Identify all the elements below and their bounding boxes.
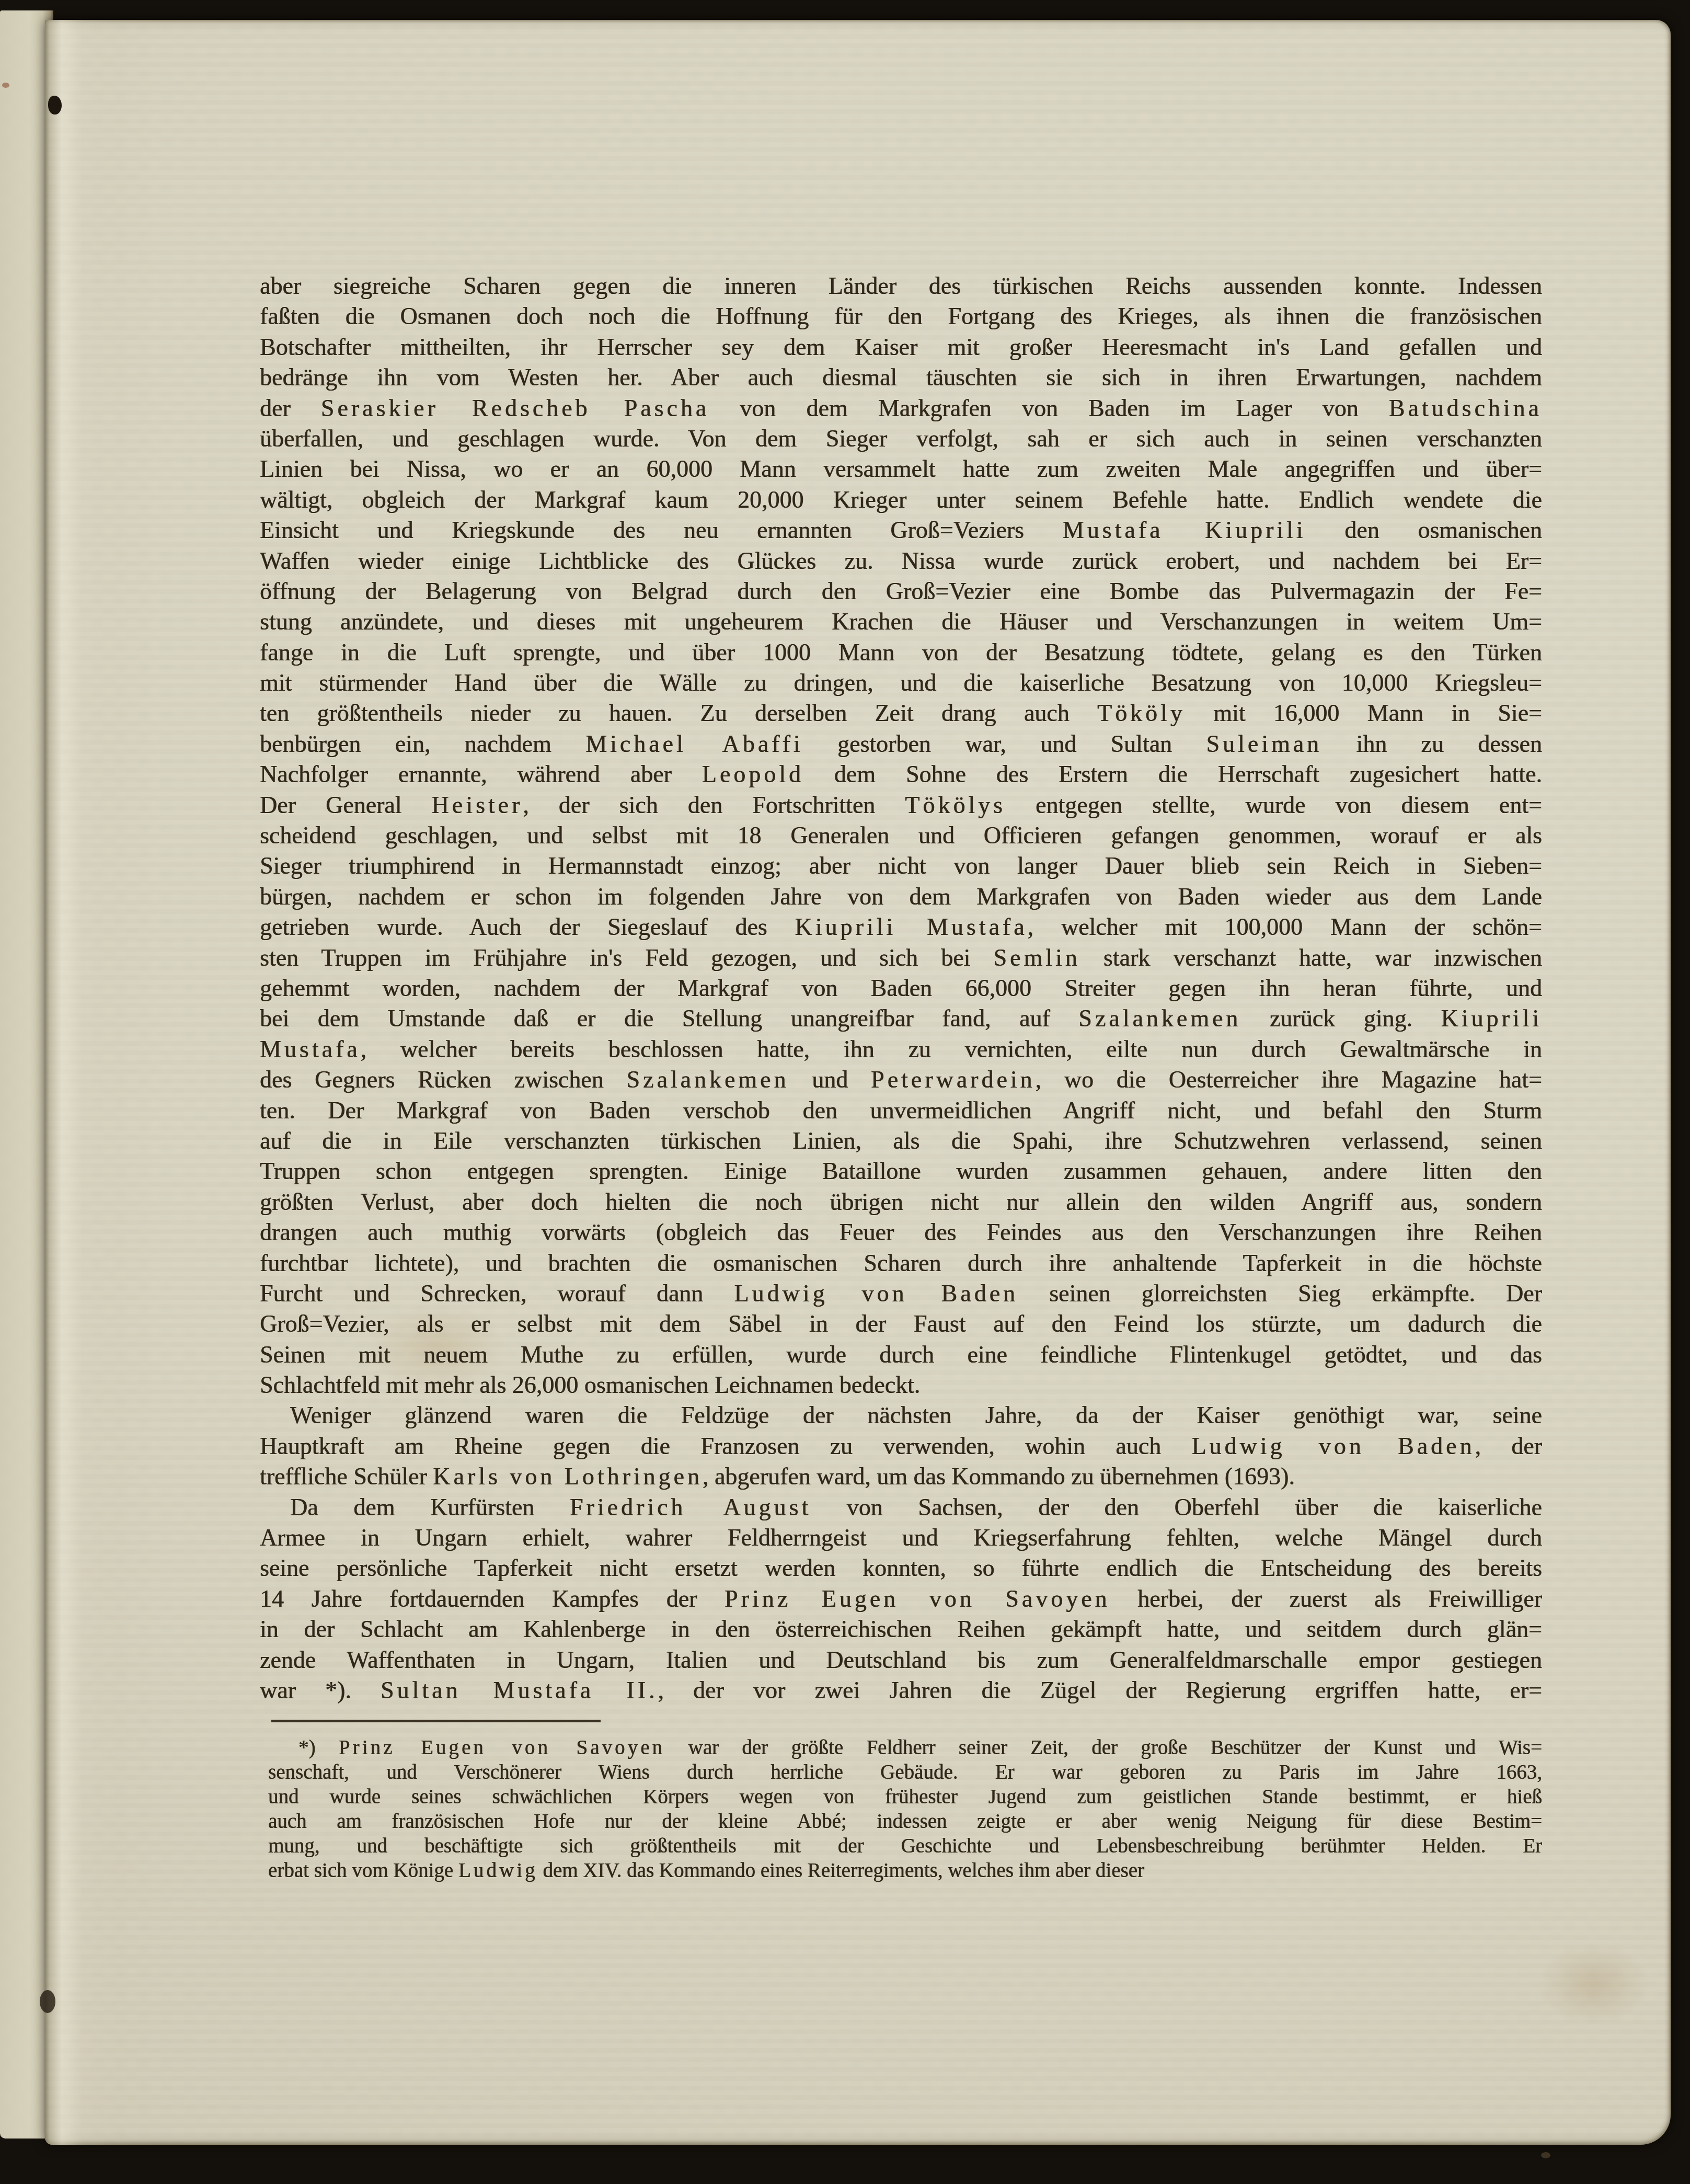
scanned-book-page-photo: aber siegreiche Scharen gegen die innere… bbox=[0, 0, 1690, 2184]
text-line: in der Schlacht am Kahlenberge in den ös… bbox=[260, 1614, 1542, 1644]
text-line: ten. Der Markgraf von Baden verschob den… bbox=[260, 1095, 1542, 1126]
text-line: treffliche Schüler Karls von Lothringen,… bbox=[260, 1461, 1542, 1492]
letterspaced-name: Heister bbox=[432, 792, 523, 818]
text-line: Linien bei Nissa, wo er an 60,000 Mann v… bbox=[260, 454, 1542, 484]
text-line: Nachfolger ernannte, während aber Leopol… bbox=[260, 759, 1542, 790]
text-line: bedränge ihn vom Westen her. Aber auch d… bbox=[260, 362, 1542, 393]
footnote-line: erbat sich vom Könige Ludwig dem XIV. da… bbox=[268, 1858, 1542, 1883]
text-line: bürgen, nachdem er schon im folgenden Ja… bbox=[260, 882, 1542, 912]
text-line: Schlachtfeld mit mehr als 26,000 osmanis… bbox=[260, 1370, 1542, 1400]
text-line: bei dem Umstande daß er die Stellung una… bbox=[260, 1003, 1542, 1034]
letterspaced-name: Ludwig von Baden bbox=[1192, 1433, 1475, 1459]
letterspaced-name: Prinz Eugen von Savoyen bbox=[725, 1585, 1110, 1612]
text-line: seine persönliche Tapferkeit nicht erset… bbox=[260, 1553, 1542, 1583]
letterspaced-name: Leopold bbox=[702, 761, 804, 787]
ink-speck bbox=[1541, 2152, 1550, 2158]
letterspaced-name: Szalankemen bbox=[626, 1066, 789, 1093]
letterspaced-name: Kiuprili bbox=[795, 913, 896, 940]
text-line: stung anzündete, und dieses mit ungeheur… bbox=[260, 607, 1542, 637]
letterspaced-name: Szalankemen bbox=[1078, 1005, 1241, 1032]
letterspaced-name: Semlin bbox=[993, 944, 1080, 971]
footnote-separator bbox=[271, 1720, 601, 1722]
text-line: Einsicht und Kriegskunde des neu ernannt… bbox=[260, 515, 1542, 545]
letterspaced-name: Tököly bbox=[905, 792, 993, 818]
text-line: Botschafter mittheilten, ihr Herrscher s… bbox=[260, 332, 1542, 362]
text-line: gehemmt worden, nachdem der Markgraf von… bbox=[260, 973, 1542, 1003]
letterspaced-name: Mustafa bbox=[260, 1036, 361, 1062]
letterspaced-name: Batudschina bbox=[1389, 395, 1542, 421]
text-line: aber siegreiche Scharen gegen die innere… bbox=[260, 271, 1542, 301]
text-line: Waffen wieder einige Lichtblicke des Glü… bbox=[260, 546, 1542, 576]
text-line: Der General Heister, der sich den Fortsc… bbox=[260, 790, 1542, 820]
text-line: faßten die Osmanen doch noch die Hoffnun… bbox=[260, 301, 1542, 331]
text-line: auf die in Eile verschanzten türkischen … bbox=[260, 1126, 1542, 1156]
text-line: scheidend geschlagen, und selbst mit 18 … bbox=[260, 820, 1542, 851]
letterspaced-name: Ludwig bbox=[1192, 1433, 1285, 1459]
gutter-shadow bbox=[45, 20, 165, 2145]
text-line: Weniger glänzend waren die Feldzüge der … bbox=[260, 1400, 1542, 1431]
letterspaced-name: Tökölys bbox=[905, 792, 1006, 818]
letterspaced-name: Karls von Lothringen bbox=[433, 1463, 703, 1490]
text-line: größten Verlust, aber doch hielten die n… bbox=[260, 1187, 1542, 1217]
text-line: benbürgen ein, nachdem Michael Abaffi ge… bbox=[260, 729, 1542, 759]
letterspaced-name: Kiuprili Mustafa bbox=[795, 913, 1028, 940]
text-line: getrieben wurde. Auch der Siegeslauf des… bbox=[260, 912, 1542, 942]
text-line: war *). Sultan Mustafa II., der vor zwei… bbox=[260, 1675, 1542, 1706]
paper-stain bbox=[1539, 1942, 1649, 2026]
footnote-line: mung, und beschäftigte sich größtentheil… bbox=[268, 1834, 1542, 1858]
text-line: der Seraskier Redscheb Pascha von dem Ma… bbox=[260, 393, 1542, 424]
text-block: aber siegreiche Scharen gegen die innere… bbox=[260, 271, 1542, 1883]
letterspaced-name: Ludwig von Baden bbox=[734, 1280, 1018, 1307]
text-line: Mustafa, welcher bereits beschlossen hat… bbox=[260, 1034, 1542, 1065]
main-text-lines: aber siegreiche Scharen gegen die innere… bbox=[260, 271, 1542, 1706]
text-line: Sieger triumphirend in Hermannstadt einz… bbox=[260, 851, 1542, 881]
letterspaced-name: Tököly bbox=[1097, 700, 1186, 726]
letterspaced-name: Mustafa bbox=[927, 913, 1028, 940]
footnote-lines: *) Prinz Eugen von Savoyen war der größt… bbox=[268, 1735, 1542, 1883]
footnote-line: auch am französischen Hofe nur der klein… bbox=[268, 1809, 1542, 1834]
footnote-line: *) Prinz Eugen von Savoyen war der größt… bbox=[268, 1735, 1542, 1760]
text-line: sten Truppen im Frühjahre in's Feld gezo… bbox=[260, 943, 1542, 973]
letterspaced-name: Mustafa bbox=[493, 1677, 594, 1703]
letterspaced-name: Mustafa bbox=[1063, 517, 1164, 543]
text-line: Furcht und Schrecken, worauf dann Ludwig… bbox=[260, 1278, 1542, 1309]
text-line: zende Waffenthaten in Ungarn, Italien un… bbox=[260, 1645, 1542, 1675]
letterspaced-name: Peterwardein bbox=[871, 1066, 1035, 1093]
text-line: Armee in Ungarn erhielt, wahrer Feldherr… bbox=[260, 1523, 1542, 1553]
letterspaced-name: Michael Abaffi bbox=[585, 730, 803, 757]
letterspaced-name: Mustafa Kiuprili bbox=[1063, 517, 1306, 543]
letterspaced-name: Prinz Eugen von Savoyen bbox=[339, 1736, 665, 1759]
text-line: Groß=Vezier, als er selbst mit dem Säbel… bbox=[260, 1309, 1542, 1339]
footnote-line: senschaft, und Verschönerer Wiens durch … bbox=[268, 1760, 1542, 1785]
letterspaced-name: Ludwig bbox=[458, 1859, 538, 1882]
text-line: des Gegners Rücken zwischen Szalankemen … bbox=[260, 1065, 1542, 1095]
text-line: 14 Jahre fortdauernden Kampfes der Prinz… bbox=[260, 1584, 1542, 1614]
ink-speck bbox=[40, 1990, 55, 2013]
footnote-line: und wurde seines schwächlichen Körpers w… bbox=[268, 1785, 1542, 1809]
ink-speck bbox=[2, 83, 9, 88]
letterspaced-name: Ludwig bbox=[734, 1280, 827, 1307]
text-line: ten größtentheils nieder zu hauen. Zu de… bbox=[260, 698, 1542, 728]
text-line: Hauptkraft am Rheine gegen die Franzosen… bbox=[260, 1431, 1542, 1461]
text-line: Da dem Kurfürsten Friedrich August von S… bbox=[260, 1492, 1542, 1523]
text-line: furchtbar lichtete), und brachten die os… bbox=[260, 1248, 1542, 1278]
letterspaced-name: Suleiman bbox=[1206, 730, 1322, 757]
text-line: wältigt, obgleich der Markgraf kaum 20,0… bbox=[260, 485, 1542, 515]
letterspaced-name: Kiuprili bbox=[1441, 1005, 1542, 1032]
letterspaced-name: Kiuprili bbox=[1205, 517, 1306, 543]
letterspaced-name: Sultan Mustafa II. bbox=[381, 1677, 658, 1703]
text-line: Truppen schon entgegen sprengten. Einige… bbox=[260, 1156, 1542, 1186]
text-line: mit stürmender Hand über die Wälle zu dr… bbox=[260, 668, 1542, 698]
text-line: fange in die Luft sprengte, und über 100… bbox=[260, 637, 1542, 668]
letterspaced-name: Friedrich August bbox=[570, 1494, 811, 1520]
text-line: öffnung der Belagerung von Belgrad durch… bbox=[260, 576, 1542, 607]
letterspaced-name: Seraskier Redscheb Pascha bbox=[321, 395, 709, 421]
text-line: drangen auch muthig vorwärts (obgleich d… bbox=[260, 1217, 1542, 1248]
ink-speck bbox=[48, 96, 62, 115]
text-line: überfallen, und geschlagen wurde. Von de… bbox=[260, 424, 1542, 454]
text-line: Seinen mit neuem Muthe zu erfüllen, wurd… bbox=[260, 1340, 1542, 1370]
